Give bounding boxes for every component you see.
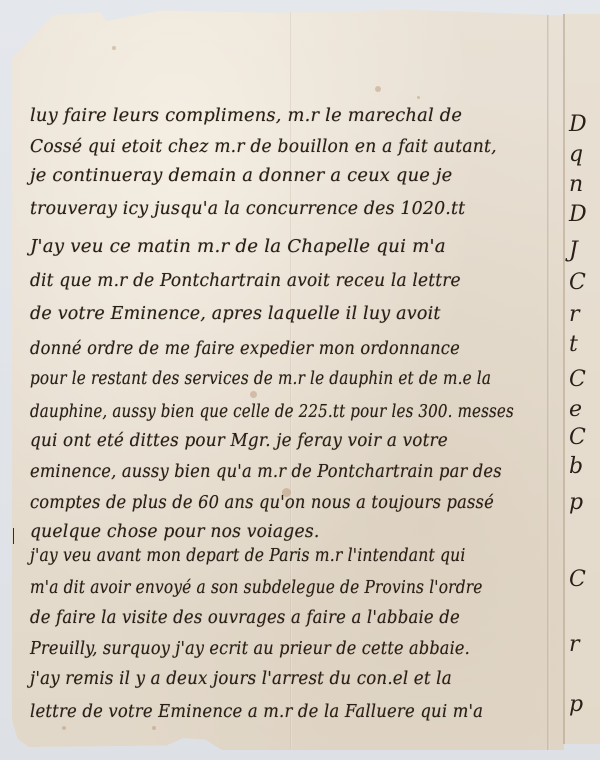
text-line: J'ay veu ce matin m.r de la Chapelle qui… bbox=[30, 237, 446, 257]
foxing-stain bbox=[62, 726, 66, 730]
foxing-stain bbox=[375, 86, 381, 92]
fragment-letter: D bbox=[569, 114, 587, 136]
text-line: de faire la visite des ouvrages a faire … bbox=[30, 608, 460, 628]
fragment-letter: C bbox=[569, 569, 586, 591]
foxing-stain bbox=[112, 46, 116, 50]
fragment-letter: C bbox=[569, 369, 586, 391]
fragment-letter: J bbox=[569, 240, 578, 262]
text-line: eminence, aussy bien qu'a m.r de Pontcha… bbox=[30, 462, 502, 482]
fragment-letter: b bbox=[569, 456, 583, 478]
text-line: quelque chose pour nos voiages. bbox=[30, 522, 319, 542]
photo-background: D q n D J C r t C e C b p C r p luy fair… bbox=[0, 0, 600, 760]
text-line: dauphine, aussy bien que celle de 225.tt… bbox=[30, 402, 514, 422]
text-line: dit que m.r de Pontchartrain avoit receu… bbox=[30, 271, 461, 291]
margin-ink-mark bbox=[13, 528, 14, 544]
fragment-letter: p bbox=[569, 694, 583, 716]
fragment-letter: e bbox=[569, 399, 582, 421]
fragment-letter: n bbox=[569, 174, 583, 196]
foxing-stain bbox=[417, 96, 420, 99]
text-line: je continueray demain a donner a ceux qu… bbox=[30, 166, 452, 186]
text-line: luy faire leurs complimens, m.r le marec… bbox=[30, 106, 462, 126]
text-line: lettre de votre Eminence a m.r de la Fal… bbox=[30, 702, 483, 722]
text-line: m'a dit avoir envoyé a son subdelegue de… bbox=[30, 578, 483, 598]
foxing-stain bbox=[152, 726, 156, 730]
text-line: j'ay remis il y a deux jours l'arrest du… bbox=[30, 669, 452, 689]
foxing-stain bbox=[250, 391, 257, 398]
adjacent-page-fragment: D q n D J C r t C e C b p C r p bbox=[563, 14, 600, 744]
text-line: Cossé qui etoit chez m.r de bouillon en … bbox=[30, 137, 497, 157]
fragment-letter: p bbox=[569, 492, 583, 514]
fragment-letter: r bbox=[569, 304, 580, 326]
fragment-letter: t bbox=[569, 334, 578, 356]
text-line: qui ont eté dittes pour Mgr. je feray vo… bbox=[30, 431, 448, 451]
text-line: de votre Eminence, apres laquelle il luy… bbox=[30, 304, 441, 324]
text-line: pour le restant des services de m.r le d… bbox=[30, 369, 491, 389]
fragment-letter: r bbox=[569, 634, 580, 656]
fragment-letter: C bbox=[569, 427, 586, 449]
text-line: comptes de plus de 60 ans qu'on nous a t… bbox=[30, 493, 494, 513]
fragment-letter: D bbox=[569, 204, 587, 226]
text-line: Preuilly, surquoy j'ay ecrit au prieur d… bbox=[30, 639, 470, 659]
text-line: j'ay veu avant mon depart de Paris m.r l… bbox=[30, 546, 466, 566]
text-line: donné ordre de me faire expedier mon ord… bbox=[30, 339, 460, 359]
fragment-letter: q bbox=[569, 144, 583, 166]
text-line: trouveray icy jusqu'a la concurrence des… bbox=[30, 199, 465, 219]
fragment-letter: C bbox=[569, 272, 586, 294]
